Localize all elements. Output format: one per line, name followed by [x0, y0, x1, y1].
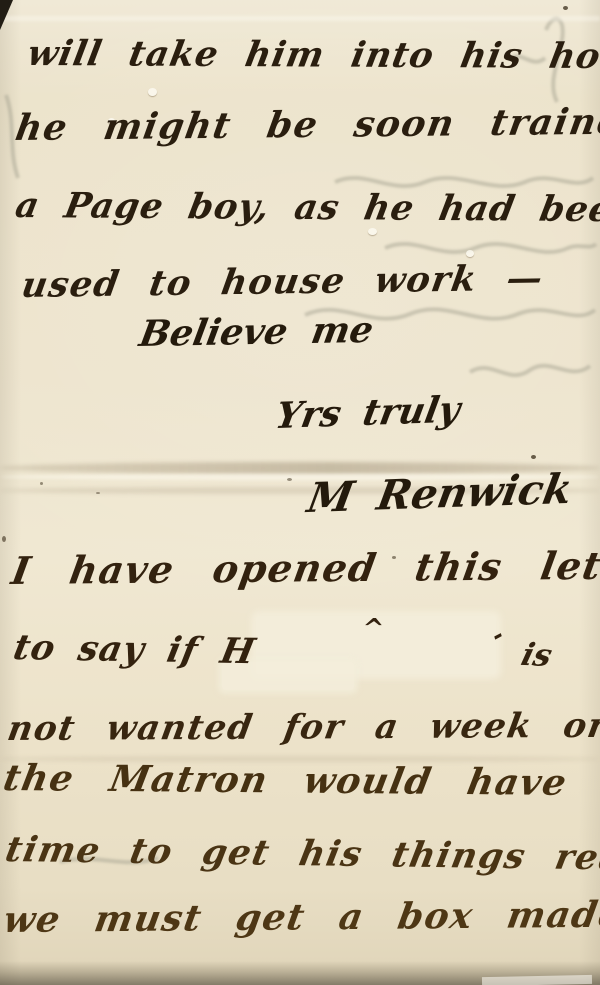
- closing-believe-me: Believe me: [137, 312, 376, 352]
- scan-corner-artifact: [0, 0, 13, 30]
- postscript-line-2-before-erasure: to say if H: [11, 630, 259, 669]
- top-edge-wrinkle: [0, 16, 600, 21]
- handwriting-line-3: a Page boy, as he had been: [13, 188, 600, 227]
- bottom-edge-highlight: [482, 975, 592, 985]
- postscript-line-6: we must get a box made for: [1, 896, 600, 938]
- handwriting-line-4: used to house work —: [19, 261, 546, 303]
- stray-ink-tick: -: [486, 619, 508, 649]
- postscript-line-3: not wanted for a week or two,: [5, 708, 600, 746]
- handwriting-line-1: will take him into his house: [25, 36, 600, 74]
- closing-yours-truly: Yrs truly: [273, 391, 463, 434]
- postscript-line-4: the Matron would have more: [1, 760, 600, 802]
- postscript-line-1: I have opened this letter: [9, 546, 600, 590]
- letter-scan: will take him into his house he might be…: [0, 0, 600, 985]
- signature: M Renwick: [304, 469, 575, 519]
- insertion-caret-mark: ^: [360, 614, 386, 644]
- postscript-line-2-after-erasure: is: [518, 640, 555, 672]
- handwriting-line-2: he might be soon trained as: [13, 102, 600, 146]
- postscript-line-5: time to get his things ready.: [3, 832, 600, 876]
